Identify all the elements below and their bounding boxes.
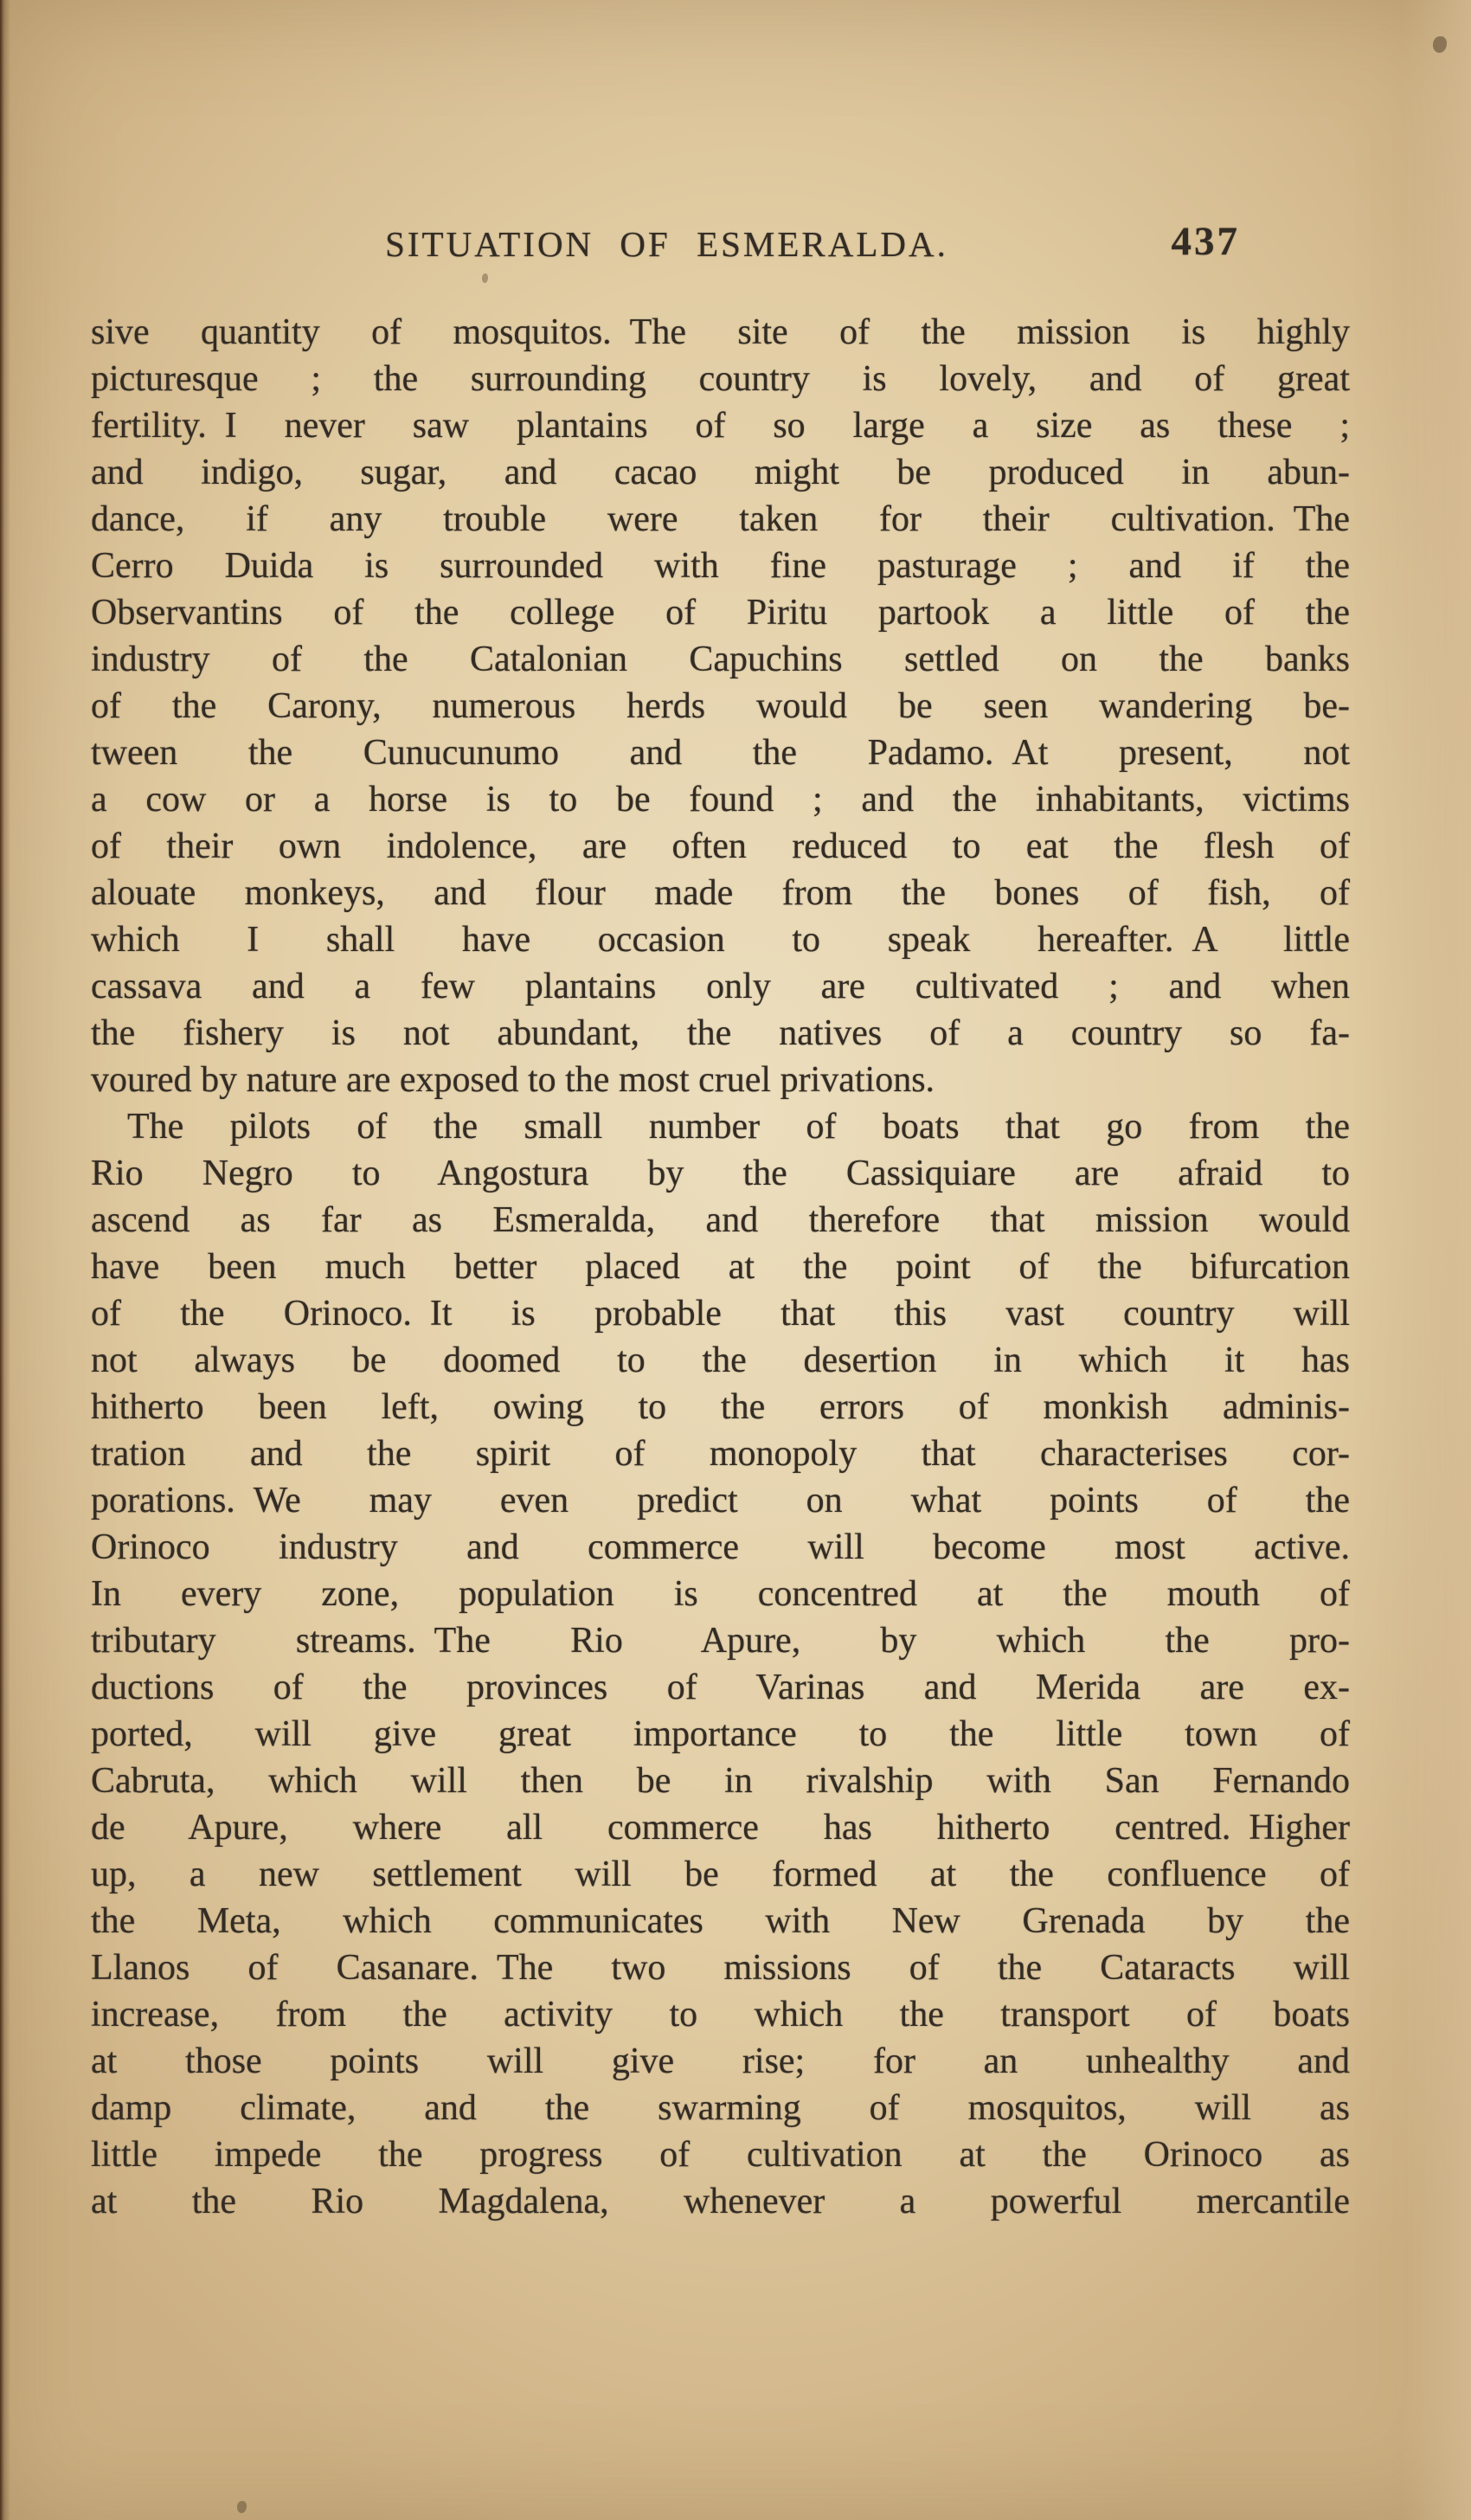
text-line: ascend as far as Esmeralda, and therefor… (91, 1197, 1350, 1244)
text-line: at the Rio Magdalena, whenever a powerfu… (91, 2178, 1350, 2225)
text-line: Rio Negro to Angostura by the Cassiquiar… (91, 1150, 1350, 1197)
running-title: SITUATION OF ESMERALDA. (37, 223, 1296, 265)
text-line: sive quantity of mosquitos. The site of … (91, 309, 1350, 356)
page-header: SITUATION OF ESMERALDA. 437 (91, 218, 1350, 263)
text-line: ductions of the provinces of Varinas and… (91, 1664, 1350, 1711)
text-line: a cow or a horse is to be found ; and th… (91, 776, 1350, 823)
page-right-edge-highlight (1402, 0, 1471, 2520)
text-line: have been much better placed at the poin… (91, 1244, 1350, 1290)
text-line: tration and the spirit of monopoly that … (91, 1430, 1350, 1477)
text-line: up, a new settlement will be formed at t… (91, 1851, 1350, 1898)
text-line: voured by nature are exposed to the most… (91, 1057, 1350, 1103)
text-line: picturesque ; the surrounding country is… (91, 356, 1350, 402)
page-number: 437 (1172, 218, 1241, 265)
text-line: Observantins of the college of Piritu pa… (91, 589, 1350, 636)
paper-speck (482, 273, 488, 283)
text-line: Orinoco industry and commerce will becom… (91, 1524, 1350, 1571)
page-left-edge-shadow (0, 0, 10, 2520)
text-line: and indigo, sugar, and cacao might be pr… (91, 449, 1350, 496)
text-line: Cerro Duida is surrounded with fine past… (91, 543, 1350, 589)
text-line: de Apure, where all commerce has hithert… (91, 1804, 1350, 1851)
text-line: In every zone, population is concentred … (91, 1571, 1350, 1617)
text-line: not always be doomed to the desertion in… (91, 1337, 1350, 1384)
text-line: tributary streams. The Rio Apure, by whi… (91, 1617, 1350, 1664)
text-line: Llanos of Casanare. The two missions of … (91, 1945, 1350, 1991)
text-line: cassava and a few plantains only are cul… (91, 963, 1350, 1010)
text-line: the fishery is not abundant, the natives… (91, 1010, 1350, 1057)
book-page: SITUATION OF ESMERALDA. 437 sive quantit… (0, 0, 1471, 2520)
text-line: industry of the Catalonian Capuchins set… (91, 636, 1350, 683)
text-line: alouate monkeys, and flour made from the… (91, 870, 1350, 916)
text-line: ported, will give great importance to th… (91, 1711, 1350, 1758)
paper-speck (237, 2501, 247, 2513)
text-line: which I shall have occasion to speak her… (91, 916, 1350, 963)
text-line: at those points will give rise; for an u… (91, 2038, 1350, 2085)
text-line: of the Orinoco. It is probable that this… (91, 1290, 1350, 1337)
text-line: tween the Cunucunumo and the Padamo. At … (91, 730, 1350, 776)
body-text: sive quantity of mosquitos. The site of … (91, 309, 1350, 2225)
text-line: damp climate, and the swarming of mosqui… (91, 2085, 1350, 2131)
text-line: fertility. I never saw plantains of so l… (91, 402, 1350, 449)
text-line: hitherto been left, owing to the errors … (91, 1384, 1350, 1430)
text-line: dance, if any trouble were taken for the… (91, 496, 1350, 543)
text-line: of their own indolence, are often reduce… (91, 823, 1350, 870)
text-line: little impede the progress of cultivatio… (91, 2131, 1350, 2178)
text-line: increase, from the activity to which the… (91, 1991, 1350, 2038)
text-line: of the Carony, numerous herds would be s… (91, 683, 1350, 730)
text-line: the Meta, which communicates with New Gr… (91, 1898, 1350, 1945)
text-line: porations. We may even predict on what p… (91, 1477, 1350, 1524)
text-line: The pilots of the small number of boats … (91, 1103, 1350, 1150)
text-line: Cabruta, which will then be in rivalship… (91, 1758, 1350, 1804)
